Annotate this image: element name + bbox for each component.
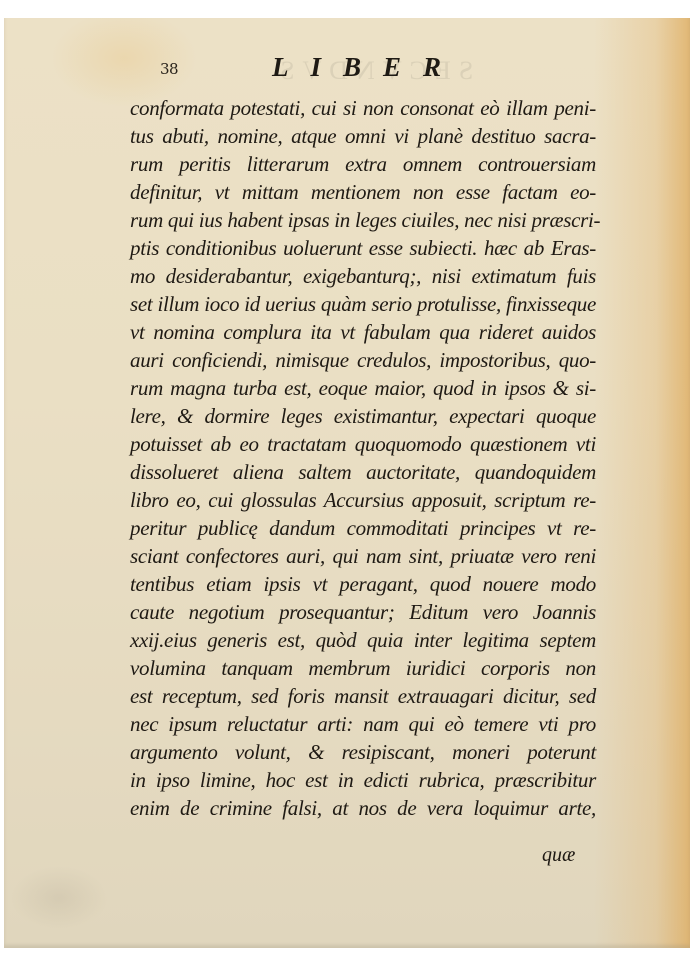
text-line: in ipso limine, hoc est in edicti rubric… (130, 766, 596, 794)
running-title: LIBER (272, 52, 463, 83)
text-line: vt nomina complura ita vt fabulam qua ri… (130, 318, 596, 346)
text-line: rum magna turba est, eoque maior, quod i… (130, 374, 596, 402)
text-line: definitur, vt mittam mentionem non esse … (130, 178, 596, 206)
text-line: auri conficiendi, nimisque credulos, imp… (130, 346, 596, 374)
body-text: conformata potestati, cui si non consona… (130, 94, 596, 822)
text-line: caute negotium prosequantur; Editum vero… (130, 598, 596, 626)
text-line: libro eo, cui glossulas Accursius apposu… (130, 486, 596, 514)
text-line: set illum ioco id uerius quàm serio prot… (130, 290, 596, 318)
catchword: quæ (542, 844, 575, 867)
text-line: argumento volunt, & resipiscant, moneri … (130, 738, 596, 766)
text-line: volumina tanquam membrum iuridici corpor… (130, 654, 596, 682)
text-line: lere, & dormire leges existimantur, expe… (130, 402, 596, 430)
text-line: conformata potestati, cui si non consona… (130, 94, 596, 122)
text-line: tentibus etiam ipsis vt peragant, quod n… (130, 570, 596, 598)
text-line: rum qui ius habent ipsas in leges ciuile… (130, 206, 596, 234)
text-line: est receptum, sed foris mansit extrauaga… (130, 682, 596, 710)
text-line: nec ipsum reluctatur arti: nam qui eò te… (130, 710, 596, 738)
text-line: dissolueret aliena saltem auctoritate, q… (130, 458, 596, 486)
book-page: SECVNDVS 38 LIBER conformata potestati, … (4, 18, 690, 948)
text-line: potuisset ab eo tractatam quoquomodo quæ… (130, 430, 596, 458)
text-line: peritur publicę dandum commoditati princ… (130, 514, 596, 542)
text-line: mo desiderabantur, exigebanturq;, nisi e… (130, 262, 596, 290)
text-line: tus abuti, nomine, atque omni vi planè d… (130, 122, 596, 150)
text-line: xxij.eius generis est, quòd quia inter l… (130, 626, 596, 654)
text-line: sciant confectores auri, qui nam sint, p… (130, 542, 596, 570)
text-line: rum peritis litterarum extra omnem contr… (130, 150, 596, 178)
text-line: ptis conditionibus uoluerunt esse subiec… (130, 234, 596, 262)
page-number: 38 (160, 60, 178, 78)
text-line: enim de crimine falsi, at nos de vera lo… (130, 794, 596, 822)
